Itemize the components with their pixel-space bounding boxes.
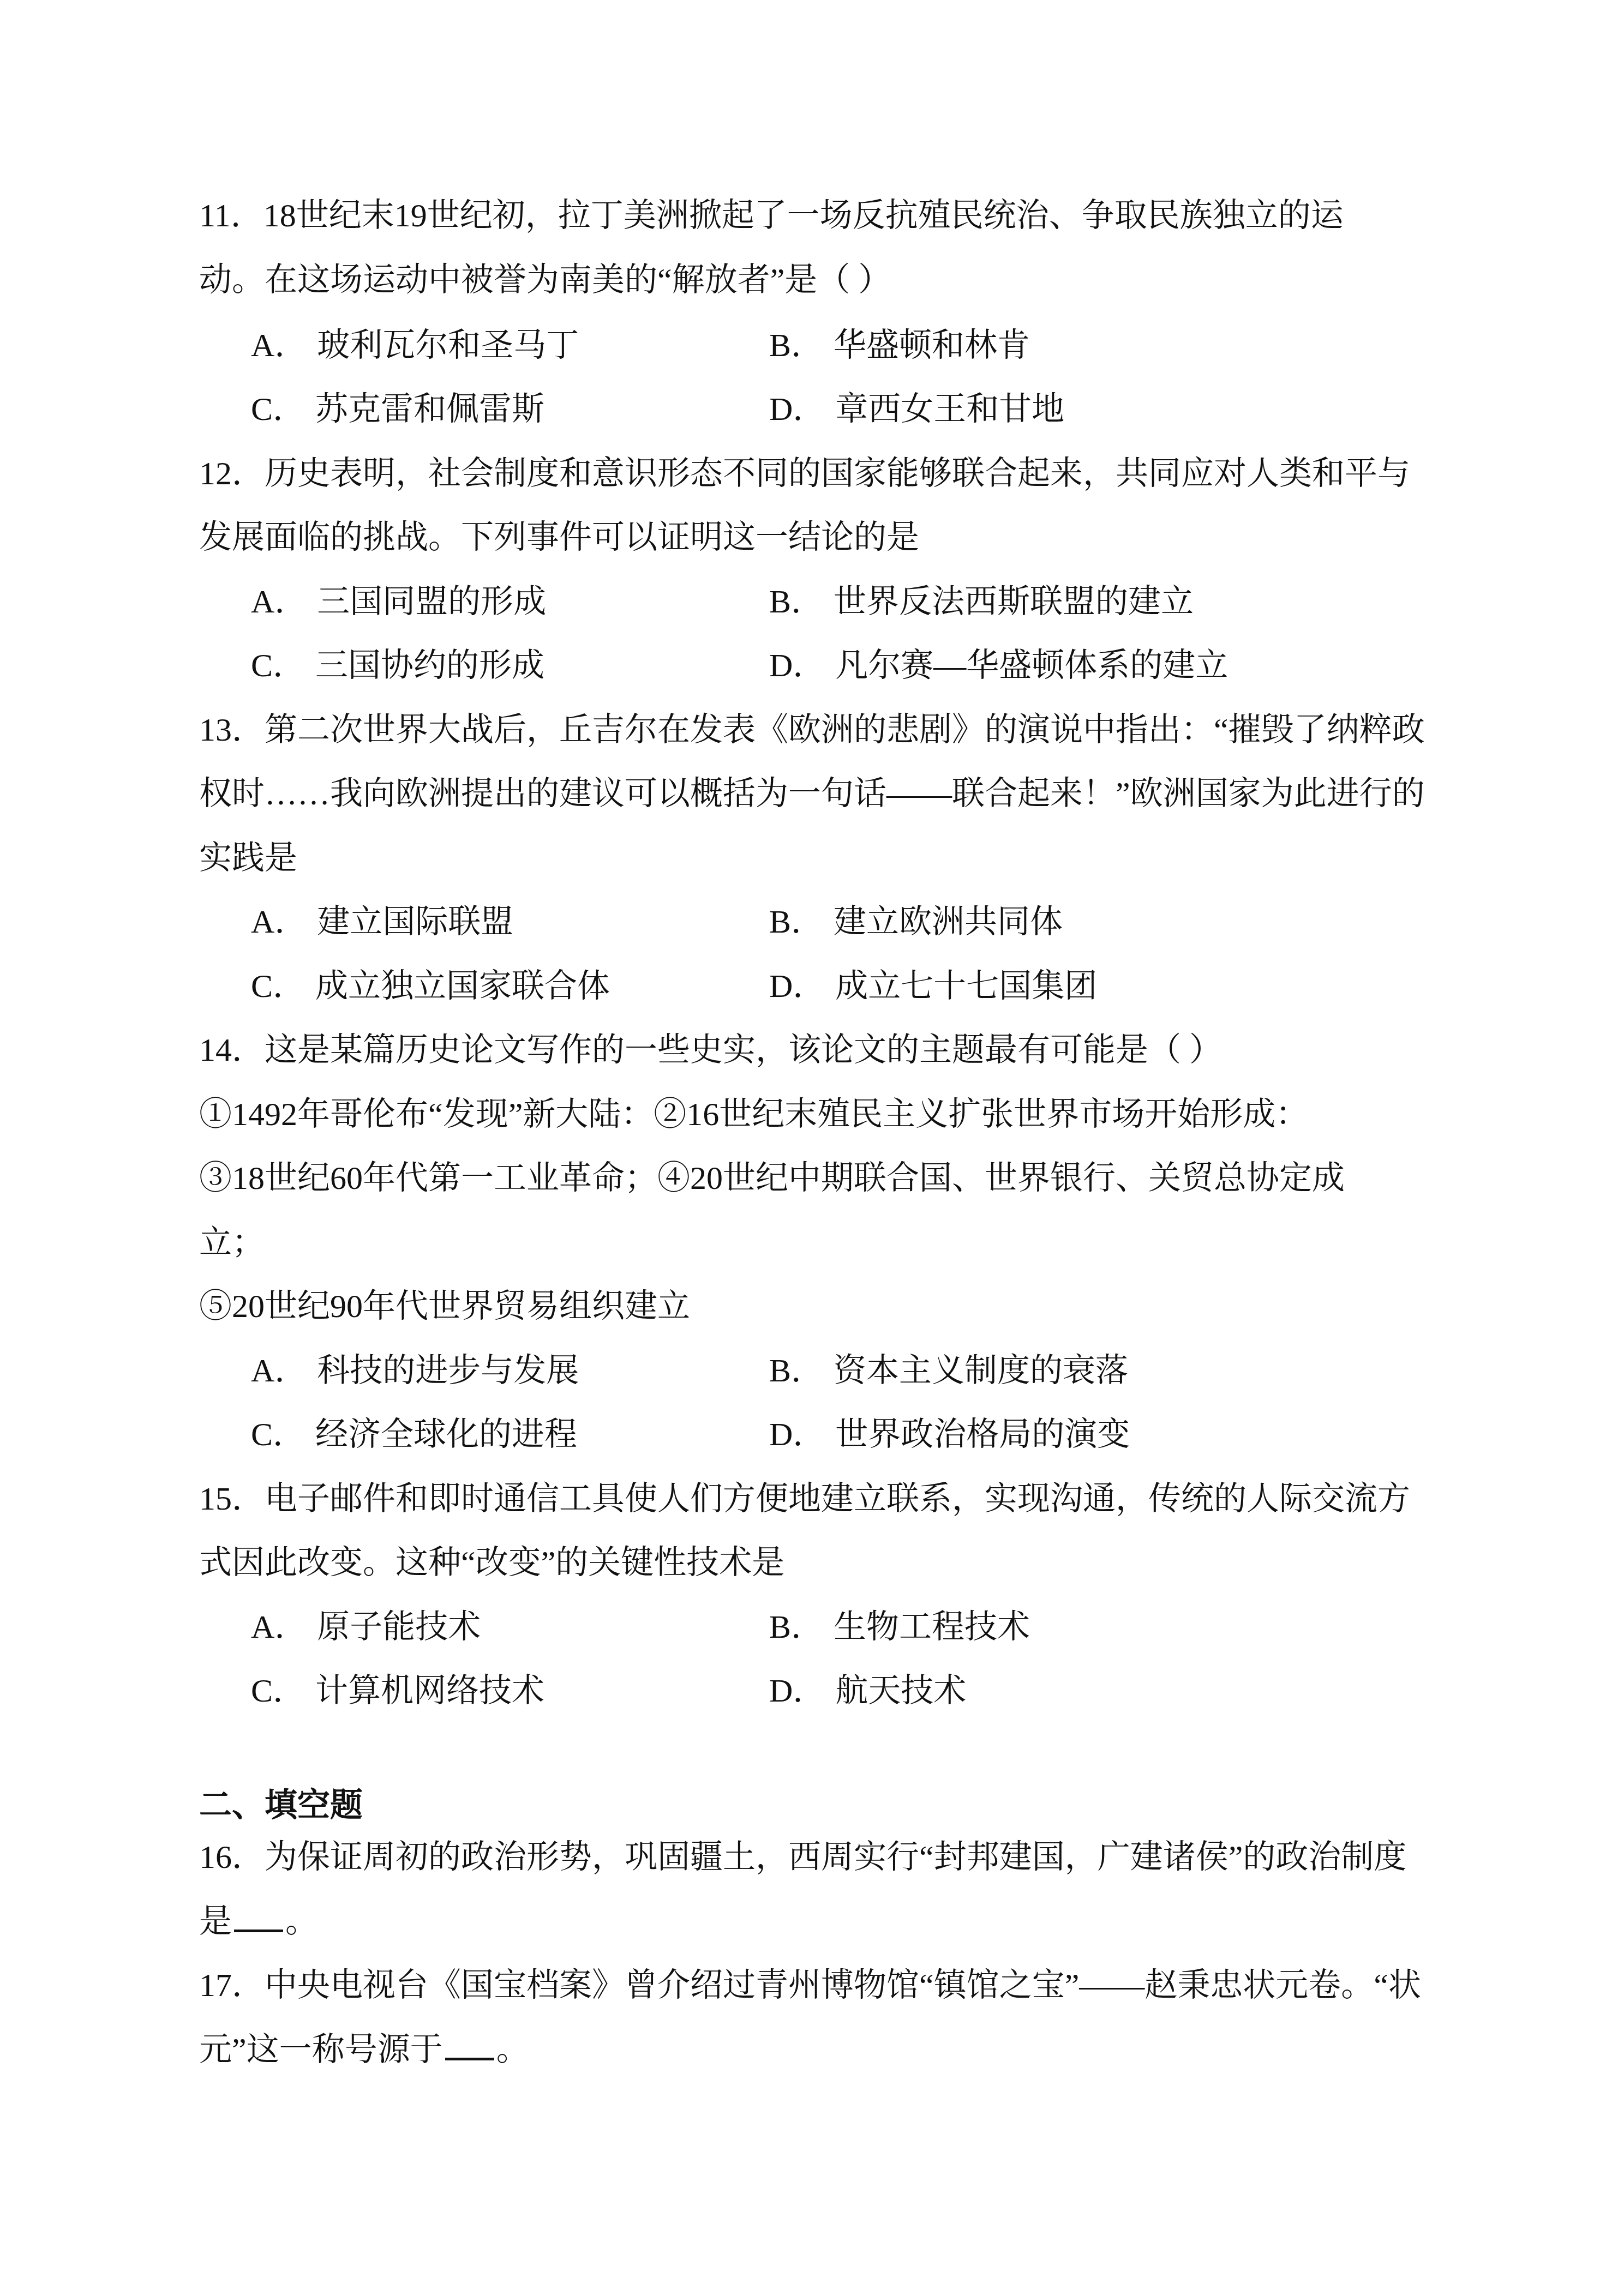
q11-stem-line-1: 11．18世纪末19世纪初，拉丁美洲掀起了一场反抗殖民统治、争取民族独立的运 xyxy=(199,194,1344,237)
q17-text-before: 元”这一称号源于 xyxy=(199,2031,443,2067)
option-letter: C． xyxy=(251,964,305,1008)
option-text: 成立独立国家联合体 xyxy=(315,968,610,1004)
option-letter: A． xyxy=(251,580,307,623)
q14-stem-line-1: 14．这是某篇历史论文写作的一些史实，该论文的主题最有可能是（ ） xyxy=(199,1028,1222,1072)
q16-stem-line-2: 是。 xyxy=(199,1899,318,1943)
option-text: 凡尔赛—华盛顿体系的建立 xyxy=(835,647,1228,683)
q11-option-d[interactable]: D．章西女王和甘地 xyxy=(769,387,1064,431)
option-letter: C． xyxy=(251,387,305,431)
q13-stem-line-1: 13．第二次世界大战后，丘吉尔在发表《欧洲的悲剧》的演说中指出：“摧毁了纳粹政 xyxy=(199,708,1425,752)
q14-option-d[interactable]: D．世界政治格局的演变 xyxy=(769,1413,1130,1456)
q15-option-c[interactable]: C．计算机网络技术 xyxy=(251,1669,544,1712)
q11-stem-line-2: 动。在这场运动中被誉为南美的“解放者”是（ ） xyxy=(199,258,891,302)
q12-stem-line-2: 发展面临的挑战。下列事件可以证明这一结论的是 xyxy=(199,515,919,559)
q16-text-before: 是 xyxy=(199,1903,232,1939)
option-letter: C． xyxy=(251,1669,305,1712)
q17-stem-line-1: 17．中央电视台《国宝档案》曾介绍过青州博物馆“镇馆之宝”——赵秉忠状元卷。“状 xyxy=(199,1963,1421,2007)
option-text: 经济全球化的进程 xyxy=(315,1416,577,1452)
q13-stem-line-2: 权时……我向欧洲提出的建议可以概括为一句话——联合起来！”欧洲国家为此进行的 xyxy=(199,772,1425,815)
option-text: 科技的进步与发展 xyxy=(317,1353,579,1389)
q15-stem-line-1: 15．电子邮件和即时通信工具使人们方便地建立联系，实现沟通，传统的人际交流方 xyxy=(199,1477,1410,1520)
option-letter: D． xyxy=(769,1669,825,1712)
q11-option-a[interactable]: A．玻利瓦尔和圣马丁 xyxy=(251,323,579,367)
q16-answer-blank[interactable] xyxy=(234,1899,283,1932)
option-text: 资本主义制度的衰落 xyxy=(834,1353,1128,1389)
option-letter: D． xyxy=(769,964,825,1008)
option-letter: A． xyxy=(251,323,307,367)
option-text: 建立欧洲共同体 xyxy=(834,904,1063,940)
q12-option-b[interactable]: B．世界反法西斯联盟的建立 xyxy=(769,580,1194,623)
q14-option-a[interactable]: A．科技的进步与发展 xyxy=(251,1349,579,1392)
q13-option-a[interactable]: A．建立国际联盟 xyxy=(251,900,513,943)
option-text: 三国同盟的形成 xyxy=(317,584,546,620)
option-letter: B． xyxy=(769,1349,824,1392)
q15-option-d[interactable]: D．航天技术 xyxy=(769,1669,966,1712)
q14-stem-line-2: ①1492年哥伦布“发现”新大陆：②16世纪末殖民主义扩张世界市场开始形成： xyxy=(199,1092,1308,1136)
q13-option-d[interactable]: D．成立七十七国集团 xyxy=(769,964,1097,1008)
q16-text-after: 。 xyxy=(285,1903,318,1939)
q12-option-c[interactable]: C．三国协约的形成 xyxy=(251,644,544,687)
q17-answer-blank[interactable] xyxy=(445,2027,494,2060)
option-letter: D． xyxy=(769,387,825,431)
option-text: 华盛顿和林肯 xyxy=(834,327,1030,363)
option-text: 玻利瓦尔和圣马丁 xyxy=(317,327,579,363)
option-letter: B． xyxy=(769,580,824,623)
option-letter: A． xyxy=(251,1349,307,1392)
q17-stem-line-2: 元”这一称号源于。 xyxy=(199,2027,529,2071)
q13-option-b[interactable]: B．建立欧洲共同体 xyxy=(769,900,1063,943)
option-text: 成立七十七国集团 xyxy=(835,968,1097,1004)
section-title-fill-blank: 二、填空题 xyxy=(199,1783,363,1827)
q12-stem-line-1: 12．历史表明，社会制度和意识形态不同的国家能够联合起来，共同应对人类和平与 xyxy=(199,452,1410,495)
option-text: 章西女王和甘地 xyxy=(835,391,1064,427)
option-letter: A． xyxy=(251,1605,307,1649)
q14-stem-line-4: 立； xyxy=(199,1221,265,1264)
q15-option-b[interactable]: B．生物工程技术 xyxy=(769,1605,1030,1649)
option-letter: C． xyxy=(251,1413,305,1456)
option-text: 航天技术 xyxy=(835,1673,966,1709)
option-letter: D． xyxy=(769,644,825,687)
option-letter: D． xyxy=(769,1413,825,1456)
option-letter: B． xyxy=(769,1605,824,1649)
q13-option-c[interactable]: C．成立独立国家联合体 xyxy=(251,964,610,1008)
q14-option-c[interactable]: C．经济全球化的进程 xyxy=(251,1413,577,1456)
option-text: 三国协约的形成 xyxy=(315,647,544,683)
option-text: 原子能技术 xyxy=(317,1609,481,1645)
option-text: 世界反法西斯联盟的建立 xyxy=(834,584,1194,620)
option-text: 建立国际联盟 xyxy=(317,904,513,940)
q14-option-b[interactable]: B．资本主义制度的衰落 xyxy=(769,1349,1128,1392)
option-text: 苏克雷和佩雷斯 xyxy=(315,391,544,427)
q12-option-d[interactable]: D．凡尔赛—华盛顿体系的建立 xyxy=(769,644,1228,687)
q11-option-c[interactable]: C．苏克雷和佩雷斯 xyxy=(251,387,544,431)
q14-stem-line-5: ⑤20世纪90年代世界贸易组织建立 xyxy=(199,1284,690,1328)
q17-text-after: 。 xyxy=(496,2031,529,2067)
option-text: 世界政治格局的演变 xyxy=(835,1416,1130,1452)
option-letter: B． xyxy=(769,900,824,943)
q15-option-a[interactable]: A．原子能技术 xyxy=(251,1605,481,1649)
option-letter: B． xyxy=(769,323,824,367)
q11-option-b[interactable]: B．华盛顿和林肯 xyxy=(769,323,1030,367)
q14-stem-line-3: ③18世纪60年代第一工业革命；④20世纪中期联合国、世界银行、关贸总协定成 xyxy=(199,1156,1345,1200)
q12-option-a[interactable]: A．三国同盟的形成 xyxy=(251,580,546,623)
option-text: 生物工程技术 xyxy=(834,1609,1030,1645)
q13-stem-line-3: 实践是 xyxy=(199,836,297,880)
option-letter: C． xyxy=(251,644,305,687)
option-letter: A． xyxy=(251,900,307,943)
option-text: 计算机网络技术 xyxy=(315,1673,544,1709)
q15-stem-line-2: 式因此改变。这种“改变”的关键性技术是 xyxy=(199,1541,784,1584)
q16-stem-line-1: 16．为保证周初的政治形势，巩固疆土，西周实行“封邦建国，广建诸侯”的政治制度 xyxy=(199,1835,1406,1879)
